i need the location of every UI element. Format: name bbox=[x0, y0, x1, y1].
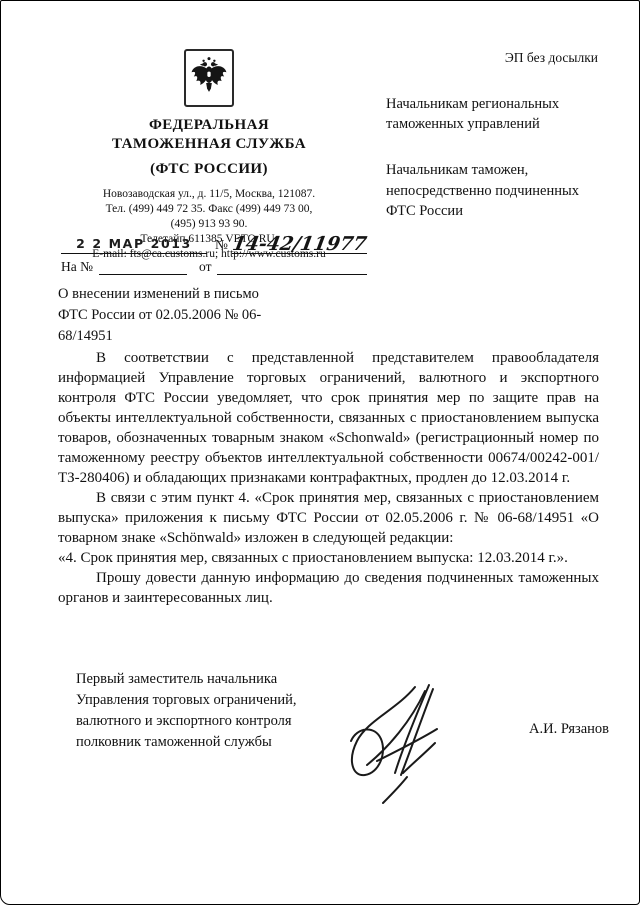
letter-subject: О внесении изменений в письмо ФТС России… bbox=[58, 284, 308, 347]
date-stamp-cell: 2 2 МАР 2013 bbox=[61, 236, 207, 254]
na-number-label: На № bbox=[61, 259, 93, 275]
handwritten-outgoing-number: 14-42/11977 bbox=[230, 233, 369, 255]
org-name-line2: ТАМОЖЕННАЯ СЛУЖБА bbox=[58, 135, 360, 154]
addressee-regional: Начальникам региональных таможенных упра… bbox=[386, 94, 598, 135]
reference-row: 2 2 МАР 2013 № 14-42/11977 bbox=[61, 229, 367, 254]
signatory-title-line: полковник таможенной службы bbox=[76, 732, 316, 753]
signatory-title-line: валютного и экспортного контроля bbox=[76, 711, 316, 732]
org-name: ФЕДЕРАЛЬНАЯ ТАМОЖЕННАЯ СЛУЖБА bbox=[58, 116, 360, 154]
letter-page: ФЕДЕРАЛЬНАЯ ТАМОЖЕННАЯ СЛУЖБА (ФТС РОССИ… bbox=[0, 0, 640, 905]
number-sign-label: № bbox=[215, 237, 228, 253]
address-line: Новозаводская ул., д. 11/5, Москва, 1210… bbox=[58, 187, 360, 202]
addressee-line: непосредственно подчиненных bbox=[386, 181, 598, 201]
body-paragraph-1: В соответствии с представленной представ… bbox=[58, 348, 599, 488]
signatory-title-line: Первый заместитель начальника bbox=[76, 669, 316, 690]
addressee-column: ЭП без досылки Начальникам региональных … bbox=[386, 49, 598, 247]
letter-body: В соответствии с представленной представ… bbox=[58, 348, 599, 608]
addressee-line: ФТС России bbox=[386, 201, 598, 221]
addressee-line: Начальникам таможен, bbox=[386, 160, 598, 180]
coat-of-arms-frame bbox=[184, 49, 234, 107]
org-name-line1: ФЕДЕРАЛЬНАЯ bbox=[58, 116, 360, 135]
na-number-blank-line bbox=[99, 260, 187, 275]
address-line: Тел. (499) 449 72 35. Факс (499) 449 73 … bbox=[58, 202, 360, 217]
addressee-line: Начальникам региональных bbox=[386, 94, 598, 114]
ot-date-blank-line bbox=[217, 260, 367, 275]
double-headed-eagle-icon bbox=[190, 54, 228, 103]
subject-line: ФТС России от 02.05.2006 № 06- bbox=[58, 305, 308, 326]
subject-line: О внесении изменений в письмо bbox=[58, 284, 308, 305]
subject-line: 68/14951 bbox=[58, 326, 308, 347]
signatory-title: Первый заместитель начальника Управления… bbox=[76, 669, 316, 753]
signatory-name: А.И. Рязанов bbox=[529, 721, 609, 738]
body-paragraph-4: Прошу довести данную информацию до сведе… bbox=[58, 568, 599, 608]
ot-date-label: от bbox=[199, 259, 211, 275]
body-paragraph-3: «4. Срок принятия мер, связанных с приос… bbox=[58, 548, 599, 568]
incoming-reference-row: На № от bbox=[61, 259, 367, 275]
addressee-customs-houses: Начальникам таможен, непосредственно под… bbox=[386, 160, 598, 221]
outgoing-number-cell: 14-42/11977 bbox=[232, 229, 367, 254]
addressee-line: таможенных управлений bbox=[386, 114, 598, 134]
date-stamp: 2 2 МАР 2013 bbox=[76, 236, 192, 251]
body-paragraph-2: В связи с этим пункт 4. «Срок принятия м… bbox=[58, 488, 599, 548]
signatory-title-line: Управления торговых ограничений, bbox=[76, 690, 316, 711]
ep-delivery-note: ЭП без досылки bbox=[386, 49, 598, 68]
handwritten-signature bbox=[337, 669, 467, 809]
org-short-name: (ФТС РОССИИ) bbox=[58, 161, 360, 178]
